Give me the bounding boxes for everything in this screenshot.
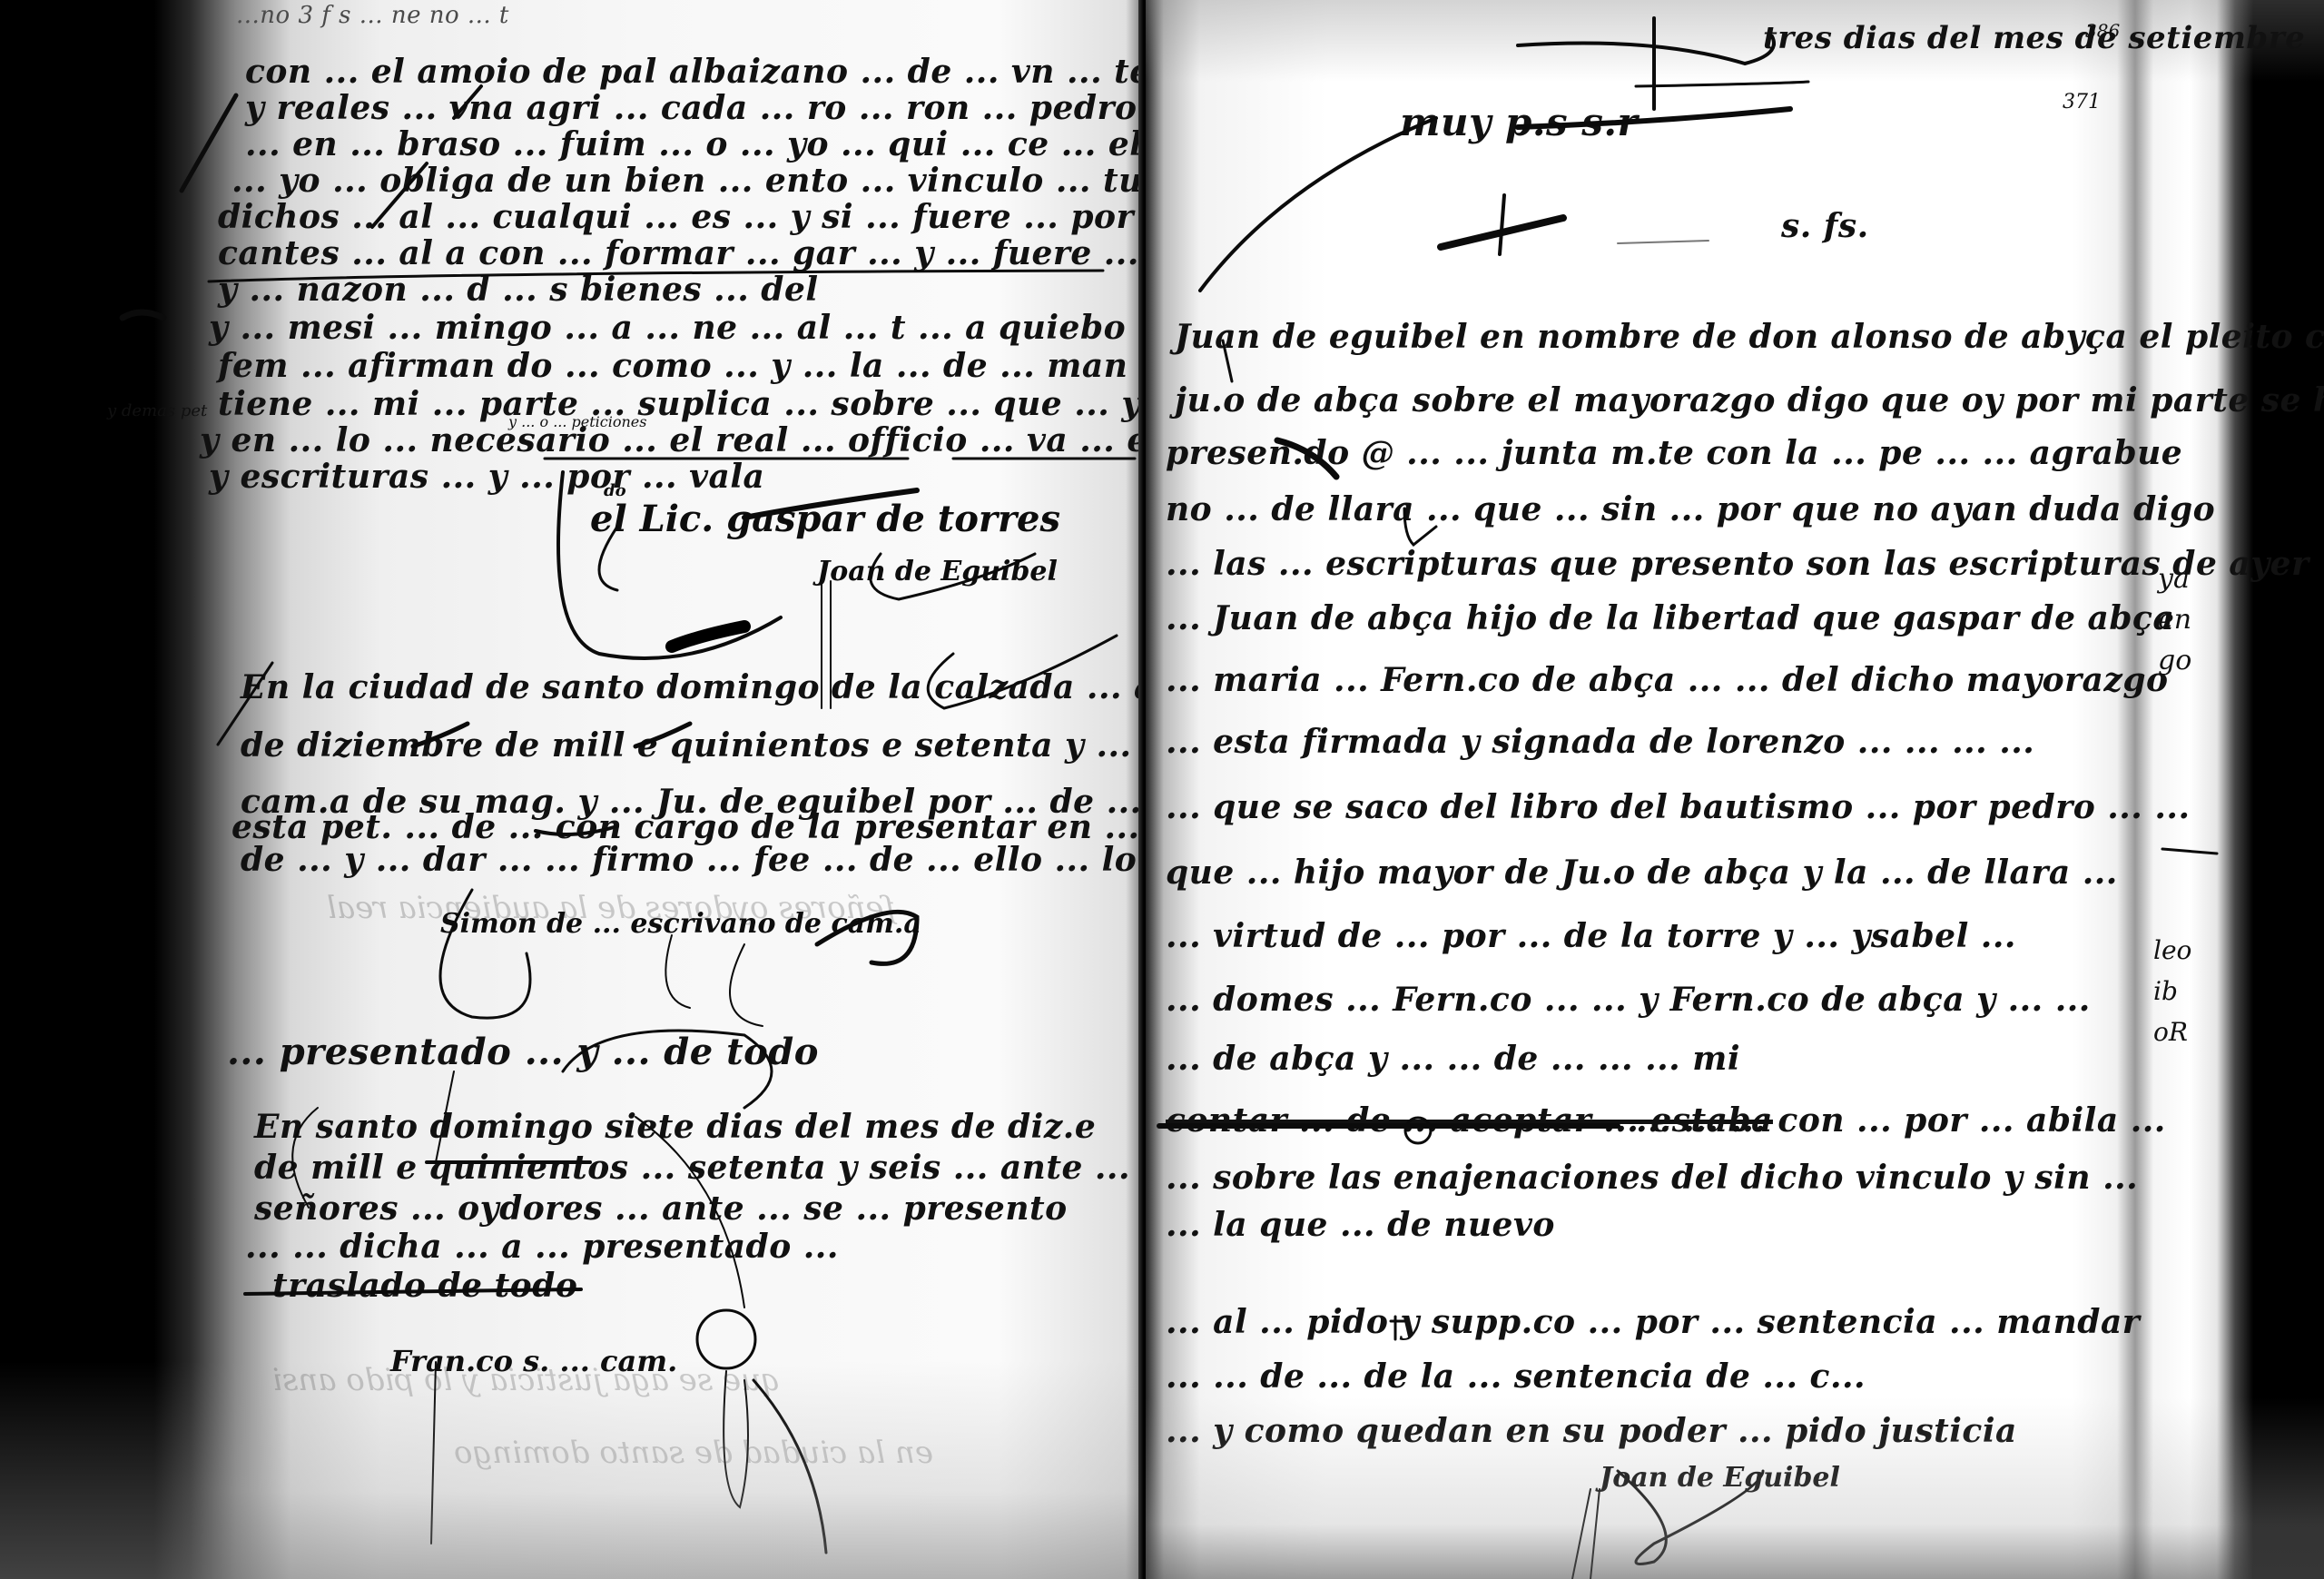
text-line: ju.o de abça sobre el mayorazgo digo que…	[1175, 381, 2324, 419]
text-line: ... que se saco del libro del bautismo .…	[1166, 788, 2190, 826]
margin-fragment: leo	[2153, 935, 2191, 965]
text-line: En la ciudad de santo domingo de la calz…	[241, 668, 1144, 706]
signature-simon-escribano: Simon de ... escrivano de cam.a	[440, 908, 921, 940]
text-line: que ... hijo mayor de Ju.o de abça y la …	[1166, 854, 2118, 892]
text-line: de diziembre de mill e quinientos e sete…	[241, 726, 1144, 765]
text-line: no ... de llara ... que ... sin ... por …	[1166, 490, 2215, 528]
signature-francisco: Fran.co s. ... cam.	[390, 1344, 677, 1378]
text-line: y ... mesi ... mingo ... a ... ne ... al…	[209, 309, 1144, 347]
left-page: ſeñores oydores de la audiencia real que…	[0, 0, 1144, 1579]
text-line: ... en ... braso ... fuim ... o ... yo .…	[245, 125, 1144, 163]
folio-number-386: 386	[2085, 20, 2120, 42]
margin-fragment: en	[2158, 604, 2191, 636]
right-page: tres dias del mes de setiembre 386 371 m…	[1146, 0, 2324, 1579]
closing-line: ... al ... pido y supp.co ... por ... se…	[1166, 1303, 2140, 1341]
text-line: presen.do @ ... ... junta m.te con la ..…	[1166, 434, 2182, 472]
text-line: ... yo ... obliga de un bien ... ento ..…	[231, 162, 1144, 200]
text-line: de ... y ... dar ... ... firmo ... fee .…	[241, 841, 1144, 879]
text-line: ... ... ... con ... por ... abila ...	[1636, 1101, 2166, 1140]
text-line: de mill e quinientos ... setenta y seis …	[254, 1149, 1144, 1187]
text-line: y reales ... vna agri ... cada ... ro ..…	[245, 89, 1144, 127]
salutation: muy p.s s.r	[1400, 100, 1638, 144]
text-line: ... domes ... Fern.co ... ... y Fern.co …	[1166, 981, 2091, 1019]
text-line: En santo domingo siete dias del mes de d…	[254, 1108, 1096, 1146]
text-line: ... virtud de ... por ... de la torre y …	[1166, 917, 2016, 955]
interlinear-note: y ... o ... peticiones	[508, 413, 646, 430]
salutation-sub: s. fs.	[1781, 207, 1869, 245]
text-line: tiene ... mi ... parte ... suplica ... s…	[218, 385, 1144, 423]
folio-number-371: 371	[2063, 91, 2101, 113]
closing-line: ... y como quedan en su poder ... pido j…	[1166, 1412, 2017, 1450]
text-line: ... presentado ... y ... de todo	[227, 1031, 819, 1073]
text-line: y ... nazon ... d ... s bienes ... del	[218, 271, 819, 309]
signature-joan-de-eguibel: Joan de Eguibel	[1600, 1462, 1840, 1494]
text-line: Juan de eguibel en nombre de don alonso …	[1175, 318, 2324, 356]
text-line: traslado de todo	[272, 1267, 577, 1305]
text-line: ... las ... escripturas que presento son…	[1166, 545, 2309, 583]
text-line: ... de abça y ... ... de ... ... ... mi	[1166, 1040, 1740, 1078]
text-line: y escrituras ... y ... por ... vala	[209, 458, 764, 496]
text-line: fem ... afirman do ... como ... y ... la…	[218, 347, 1144, 385]
header-line: tres dias del mes de setiembre	[1763, 20, 2305, 56]
text-line: ... la que ... de nuevo	[1166, 1206, 1555, 1244]
signature-gaspar-de-torres: el Lic. gaspar de torres	[590, 498, 1060, 540]
margin-fragment: oR	[2153, 1017, 2188, 1047]
faded-top-line: ...no 3 f s ... ne no ... t	[236, 2, 509, 29]
manuscript-spread: ſeñores oydores de la audiencia real que…	[0, 0, 2324, 1579]
text-line: con ... el amoio de pal albaizano ... de…	[245, 53, 1144, 91]
margin-fragment: go	[2158, 645, 2191, 676]
text-line: cantes ... al a con ... formar ... gar .…	[218, 234, 1144, 272]
text-line: ... esta firmada y signada de lorenzo ..…	[1166, 723, 2034, 761]
text-line: ... sobre las enajenaciones del dicho vi…	[1166, 1159, 2138, 1197]
bleed-through-text: que se aga justicia y lo pido ansi	[272, 1362, 781, 1398]
text-line: ... maria ... Fern.co de abça ... ... de…	[1166, 661, 2169, 699]
text-line: señores ... oydores ... ante ... se ... …	[254, 1189, 1068, 1228]
bleed-through-text: en la ciudad de santo domingo	[454, 1435, 933, 1471]
margin-fragment: ya	[2158, 563, 2190, 595]
signature-joan-de-eguibel: Joan de Eguibel	[817, 556, 1058, 587]
text-line: dichos ... al ... cualqui ... es ... y s…	[218, 198, 1144, 236]
margin-fragment: ib	[2153, 976, 2178, 1006]
margin-note: y demas pet	[107, 401, 207, 420]
text-line: ... Juan de abça hijo de la libertad que…	[1166, 599, 2174, 637]
closing-line: ... ... de ... de la ... sentencia de ..…	[1166, 1357, 1866, 1396]
text-line: y en ... lo ... necesario ... el real ..…	[200, 421, 1144, 459]
text-line: ... ... dicha ... a ... presentado ...	[245, 1228, 839, 1266]
